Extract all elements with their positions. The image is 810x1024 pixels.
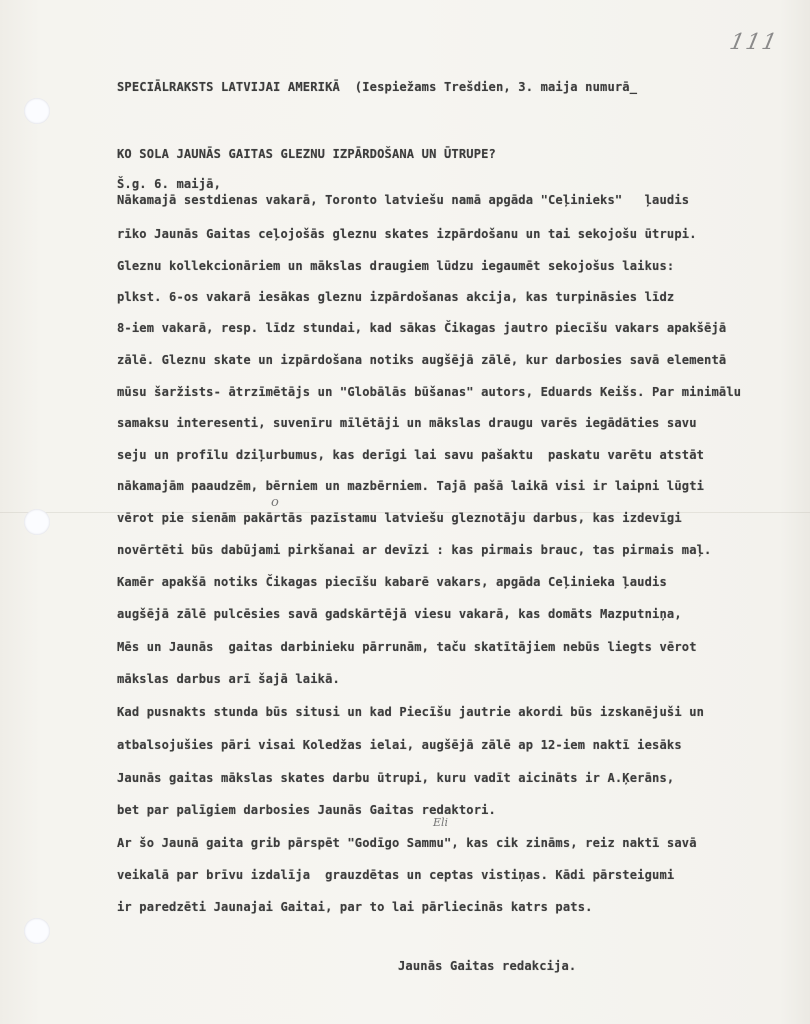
body-line: rīko Jaunās Gaitas ceļojošās gleznu skat… [117, 227, 697, 241]
body-line: Nākamajā sestdienas vakarā, Toronto latv… [117, 193, 689, 207]
punch-hole [24, 509, 50, 535]
body-line: plkst. 6-os vakarā iesākas gleznu izpārd… [117, 290, 674, 304]
body-line: vērot pie sienām pakārtās pazīstamu latv… [117, 511, 682, 525]
body-line: novērtēti būs dabūjami pirkšanai ar devī… [117, 543, 711, 557]
body-line: Kamēr apakšā notiks Čikagas piecīšu kaba… [117, 575, 667, 589]
handwritten-page-number: 111 [727, 30, 780, 55]
body-line: nākamajām paaudzēm, bērniem un mazbērnie… [117, 479, 704, 493]
body-line: samaksu interesenti, suvenīru mīlētāji u… [117, 416, 697, 430]
body-line: Kad pusnakts stunda būs situsi un kad Pi… [117, 705, 704, 719]
body-line: Mēs un Jaunās gaitas darbinieku pārrunām… [117, 640, 697, 654]
date-line: Š.g. 6. maijā, [117, 177, 221, 191]
punch-hole [24, 98, 50, 124]
body-line: Gleznu kollekcionāriem un mākslas draugi… [117, 259, 674, 273]
signature: Jaunās Gaitas redakcija. [398, 959, 576, 973]
handwritten-annotation: o [271, 495, 279, 510]
body-line: atbalsojušies pāri visai Koledžas ielai,… [117, 738, 682, 752]
document-title: KO SOLA JAUNĀS GAITAS GLEZNU IZPĀRDOŠANA… [117, 147, 496, 161]
body-line: bet par palīgiem darbosies Jaunās Gaitas… [117, 803, 496, 817]
body-line: veikalā par brīvu izdalīja grauzdētas un… [117, 868, 674, 882]
body-line: zālē. Gleznu skate un izpārdošana notiks… [117, 353, 726, 367]
punch-hole [24, 918, 50, 944]
body-line: mūsu šaržists- ātrzīmētājs un "Globālās … [117, 385, 741, 399]
body-line: Jaunās gaitas mākslas skates darbu ūtrup… [117, 771, 674, 785]
body-line: 8-iem vakarā, resp. līdz stundai, kad sā… [117, 321, 726, 335]
header-line: SPECIĀLRAKSTS LATVIJAI AMERIKĀ (Iespieža… [117, 80, 637, 94]
handwritten-annotation: Eli [433, 816, 448, 829]
body-line: ir paredzēti Jaunajai Gaitai, par to lai… [117, 900, 593, 914]
body-line: mākslas darbus arī šajā laikā. [117, 672, 340, 686]
body-line: Ar šo Jaunā gaita grib pārspēt "Godīgo S… [117, 836, 697, 850]
body-line: augšējā zālē pulcēsies savā gadskārtējā … [117, 607, 682, 621]
body-line: seju un profīlu dziļurbumus, kas derīgi … [117, 448, 704, 462]
